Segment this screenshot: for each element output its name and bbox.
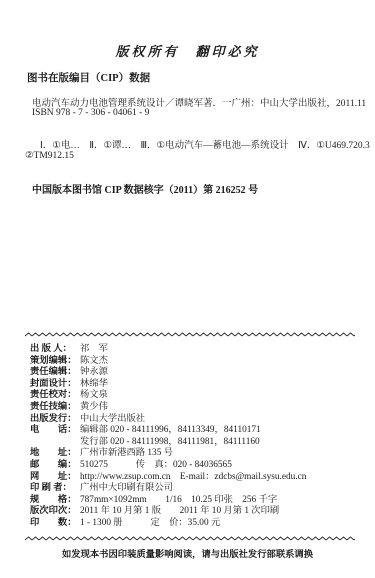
row-label: 网 址： (30, 472, 80, 484)
row-label: 地 址： (30, 448, 80, 460)
cip-classification-line-1: Ⅰ．①电… Ⅱ．①谭… Ⅲ．①电动汽车—蓄电池—系统设计 Ⅳ．①U469.720… (40, 137, 365, 151)
colophon-row-printer: 印 刷 者： 广州中大印刷有限公司 (30, 483, 367, 495)
copyright-notice: 版权所有 翻印必究 (0, 41, 375, 60)
colophon-row-planning-editor: 策划编辑： 陈文杰 (30, 356, 367, 368)
colophon-row-postcode-fax: 邮 编： 510275 传 真：020 - 84036565 (30, 460, 367, 472)
cip-isbn-line: ISBN 978 - 7 - 306 - 04061 - 9 (32, 108, 149, 118)
row-value: 杨文泉 (80, 390, 367, 402)
row-value: 祁 军 (80, 344, 367, 356)
row-value: 钟永源 (80, 367, 367, 379)
colophon-row-publisher: 出版发行： 中山大学出版社 (30, 414, 367, 426)
row-value: 广州中大印刷有限公司 (80, 483, 367, 495)
colophon-row-proofreader: 责任校对： 杨文泉 (30, 390, 367, 402)
colophon-row-format: 规 格： 787mm×1092mm 1/16 10.25 印张 256 千字 (30, 495, 367, 507)
row-value: 广州市新港西路 135 号 (80, 448, 367, 460)
row-label: 印 刷 者： (30, 483, 80, 495)
colophon-row-edition: 版次印次： 2011 年 10 月第 1 版 2011 年 10 月第 1 次印… (30, 506, 367, 518)
row-label: 封面设计： (30, 379, 80, 391)
copyright-page: 版权所有 翻印必究 图书在版编目（CIP）数据 电动汽车动力电池管理系统设计／谭… (0, 0, 375, 578)
row-label: 策划编辑： (30, 356, 80, 368)
row-value: 陈文杰 (80, 356, 367, 368)
row-label: 规 格： (30, 495, 80, 507)
row-label: 责任编辑： (30, 367, 80, 379)
row-value: 787mm×1092mm 1/16 10.25 印张 256 千字 (80, 495, 367, 507)
zigzag-divider-bottom (25, 536, 355, 541)
cip-classification-line-2: ②TM912.15 (25, 150, 74, 161)
row-value: 发行部 020 - 84111998，84111981，84111160 (80, 437, 367, 449)
row-value: 中山大学出版社 (80, 414, 367, 426)
quality-exchange-notice: 如发现本书因印装质量影响阅读，请与出版社发行部联系调换 (0, 546, 375, 560)
row-value: 2011 年 10 月第 1 版 2011 年 10 月第 1 次印刷 (80, 506, 367, 518)
row-value: 林绵华 (80, 379, 367, 391)
row-label: 印 数： (30, 518, 80, 530)
colophon-row-publisher-person: 出 版 人： 祁 军 (30, 344, 367, 356)
row-value: 1 - 1300 册 定 价：35.00 元 (80, 518, 367, 530)
cip-title-line: 电动汽车动力电池管理系统设计／谭晓军著．一广州：中山大学出版社，2011.11 (32, 95, 361, 109)
row-label: 责任技编： (30, 402, 80, 414)
cip-heading: 图书在版编目（CIP）数据 (27, 70, 150, 85)
row-label: 版次印次： (30, 506, 80, 518)
row-value: http://www.zsup.com.cn E-mail：zdcbs@mail… (80, 472, 367, 484)
colophon-row-phone-distribution: 发行部 020 - 84111998，84111981，84111160 (30, 437, 367, 449)
row-label: 电 话： (30, 425, 80, 437)
colophon-block: 出 版 人： 祁 军 策划编辑： 陈文杰 责任编辑： 钟永源 封面设计： 林绵华… (30, 344, 367, 530)
row-label: 出版发行： (30, 414, 80, 426)
colophon-row-website-email: 网 址： http://www.zsup.com.cn E-mail：zdcbs… (30, 472, 367, 484)
cip-record-number: 中国版本图书馆 CIP 数据核字（2011）第 216252 号 (32, 181, 258, 196)
colophon-row-technical-editor: 责任技编： 黄少伟 (30, 402, 367, 414)
colophon-row-address: 地 址： 广州市新港西路 135 号 (30, 448, 367, 460)
row-value: 510275 传 真：020 - 84036565 (80, 460, 367, 472)
colophon-row-responsible-editor: 责任编辑： 钟永源 (30, 367, 367, 379)
zigzag-divider-top (25, 332, 355, 337)
colophon-row-phone-editorial: 电 话： 编辑部 020 - 84111996，84113349，8411017… (30, 425, 367, 437)
colophon-row-cover-design: 封面设计： 林绵华 (30, 379, 367, 391)
row-label: 出 版 人： (30, 344, 80, 356)
colophon-row-print-run-price: 印 数： 1 - 1300 册 定 价：35.00 元 (30, 518, 367, 530)
row-value: 编辑部 020 - 84111996，84113349，84110171 (80, 425, 367, 437)
row-value: 黄少伟 (80, 402, 367, 414)
row-label: 邮 编： (30, 460, 80, 472)
row-label: 责任校对： (30, 390, 80, 402)
